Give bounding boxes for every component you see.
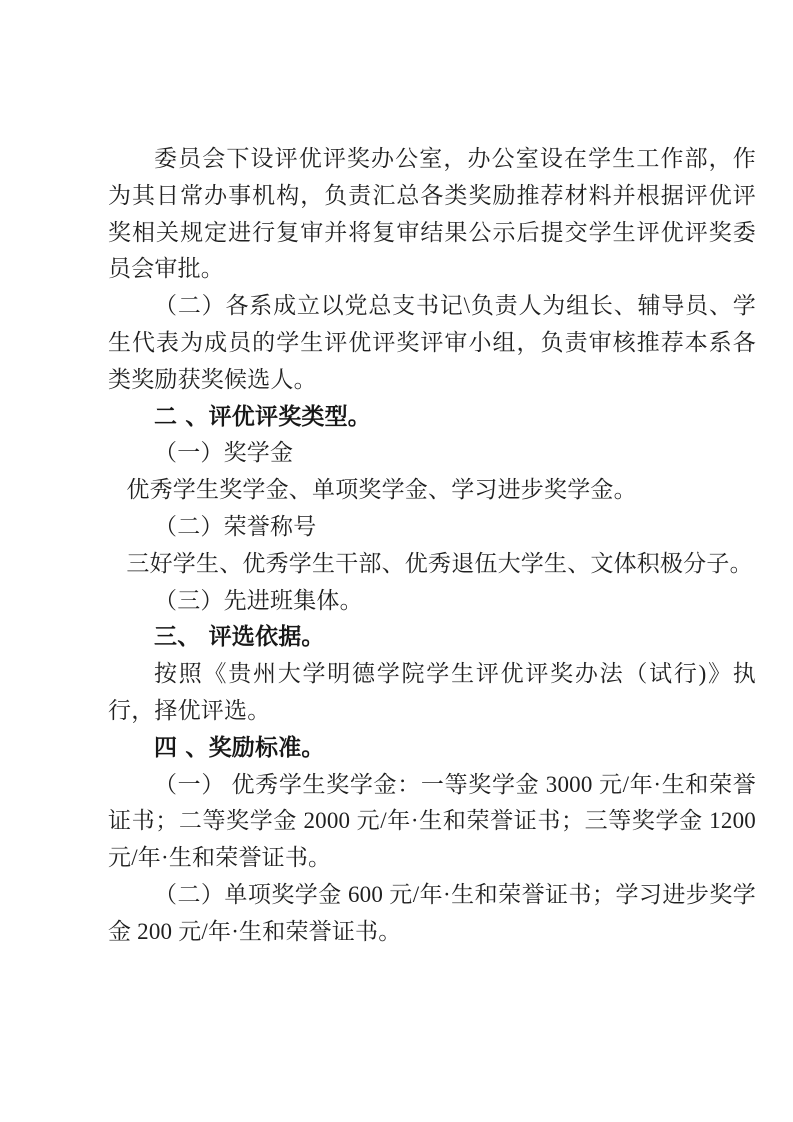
subheading-scholarship: （一）奖学金: [108, 435, 756, 472]
paragraph-department-review-group: （二）各系成立以党总支书记\负责人为组长、辅导员、学生代表为成员的学生评优评奖评…: [108, 288, 756, 398]
line-honor-title-types: 三好学生、优秀学生干部、优秀退伍大学生、文体积极分子。: [108, 546, 756, 583]
paragraph-excellent-student-scholarship: （一） 优秀学生奖学金：一等奖学金 3000 元/年·生和荣誉证书；二等奖学金 …: [108, 767, 756, 877]
heading-award-standards: 四 、奖励标准。: [108, 730, 756, 767]
paragraph-committee-office: 委员会下设评优评奖办公室，办公室设在学生工作部，作为其日常办事机构，负责汇总各类…: [108, 141, 756, 288]
document-body: 委员会下设评优评奖办公室，办公室设在学生工作部，作为其日常办事机构，负责汇总各类…: [108, 141, 756, 951]
heading-selection-basis: 三、 评选依据。: [108, 619, 756, 656]
subheading-advanced-class: （三）先进班集体。: [108, 583, 756, 620]
paragraph-single-item-scholarship: （二）单项奖学金 600 元/年·生和荣誉证书；学习进步奖学金 200 元/年·…: [108, 877, 756, 951]
paragraph-selection-basis: 按照《贵州大学明德学院学生评优评奖办法（试行)》执行，择优评选。: [108, 656, 756, 730]
heading-award-types: 二 、评优评奖类型。: [108, 399, 756, 436]
line-scholarship-types: 优秀学生奖学金、单项奖学金、学习进步奖学金。: [108, 472, 756, 509]
document-page: 委员会下设评优评奖办公室，办公室设在学生工作部，作为其日常办事机构，负责汇总各类…: [0, 0, 793, 1122]
subheading-honor-titles: （二）荣誉称号: [108, 509, 756, 546]
